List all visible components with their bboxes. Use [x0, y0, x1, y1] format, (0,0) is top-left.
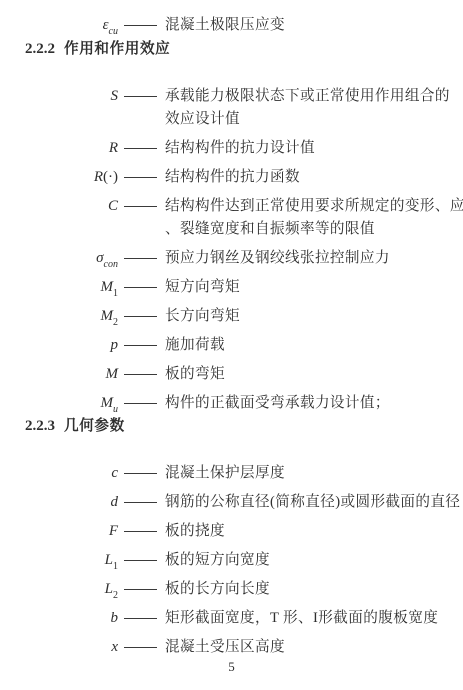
section-title: 作用和作用效应	[64, 41, 170, 57]
definition-line: 结构构件达到正常使用要求所规定的变形、应力	[165, 195, 463, 218]
symbol-main: c	[111, 465, 118, 481]
symbol-subscript: u	[113, 404, 118, 415]
symbol-subscript: con	[104, 259, 118, 270]
symbol-main: R	[94, 169, 103, 185]
symbol-subscript: 1	[113, 561, 118, 572]
symbol-x: x	[0, 636, 118, 659]
definition-line: 板的长方向长度	[165, 578, 270, 601]
symbol-S: S	[0, 85, 118, 108]
symbol-main: F	[109, 523, 118, 539]
symbol-epsilon-cu: εcu	[0, 14, 118, 37]
definition-line: 、裂缝宽度和自振频率等的限值	[165, 218, 463, 241]
symbol-d: d	[0, 491, 118, 514]
symbol-L1: L1	[0, 549, 118, 572]
definition-line: 矩形截面宽度，T 形、I形截面的腹板宽度	[165, 607, 438, 630]
em-dash-separator	[124, 403, 157, 404]
symbol-L2: L2	[0, 578, 118, 601]
definition-text: 施加荷载	[165, 334, 225, 357]
definition-line: 构件的正截面受弯承载力设计值；	[165, 392, 390, 415]
document-page: εcu 混凝土极限压应变 2.2.2作用和作用效应 S 承载能力极限状态下或正常…	[0, 0, 463, 690]
symbol-main: M	[101, 395, 114, 411]
symbol-C: C	[0, 195, 118, 218]
definition-text: 混凝土受压区高度	[165, 636, 285, 659]
symbol-R: R	[0, 137, 118, 160]
definition-line: 预应力钢丝及钢绞线张拉控制应力	[165, 247, 390, 270]
definition-line: 混凝土受压区高度	[165, 636, 285, 659]
definition-line: 效应设计值	[165, 108, 450, 131]
symbol-definition-row: C 结构构件达到正常使用要求所规定的变形、应力 、裂缝宽度和自振频率等的限值	[0, 195, 463, 241]
definition-line: 结构构件的抗力函数	[165, 166, 300, 189]
em-dash-separator	[124, 502, 157, 503]
symbol-definition-row: M1 短方向弯矩	[0, 276, 463, 299]
symbol-main: ε	[103, 17, 109, 33]
symbol-main: C	[108, 198, 118, 214]
symbol-main: L	[105, 552, 113, 568]
symbol-b: b	[0, 607, 118, 630]
em-dash-separator	[124, 96, 157, 97]
em-dash-separator	[124, 25, 157, 26]
em-dash-separator	[124, 206, 157, 207]
page-number: 5	[0, 659, 463, 675]
symbol-definition-row: p 施加荷载	[0, 334, 463, 357]
symbol-definition-row: εcu 混凝土极限压应变	[0, 14, 463, 37]
definition-line: 短方向弯矩	[165, 276, 240, 299]
definition-line: 板的弯矩	[165, 363, 225, 386]
symbol-main: d	[111, 494, 119, 510]
definition-text: 结构构件的抗力函数	[165, 166, 300, 189]
definition-text: 长方向弯矩	[165, 305, 240, 328]
symbol-Mu: Mu	[0, 392, 118, 415]
definition-line: 结构构件的抗力设计值	[165, 137, 315, 160]
symbol-M: M	[0, 363, 118, 386]
definition-line: 混凝土极限压应变	[165, 14, 285, 37]
symbol-suffix: (·)	[103, 169, 118, 185]
definition-text: 矩形截面宽度，T 形、I形截面的腹板宽度	[165, 607, 438, 630]
symbol-definition-row: b 矩形截面宽度，T 形、I形截面的腹板宽度	[0, 607, 463, 630]
symbol-p: p	[0, 334, 118, 357]
definition-text: 结构构件达到正常使用要求所规定的变形、应力 、裂缝宽度和自振频率等的限值	[165, 195, 463, 241]
symbol-definition-row: σcon 预应力钢丝及钢绞线张拉控制应力	[0, 247, 463, 270]
symbol-definition-row: L1 板的短方向宽度	[0, 549, 463, 572]
em-dash-separator	[124, 560, 157, 561]
definition-text: 构件的正截面受弯承载力设计值；	[165, 392, 390, 415]
symbol-subscript: 2	[113, 590, 118, 601]
definition-line: 钢筋的公称直径(简称直径)或圆形截面的直径	[165, 491, 460, 514]
definition-line: 混凝土保护层厚度	[165, 462, 285, 485]
em-dash-separator	[124, 618, 157, 619]
em-dash-separator	[124, 374, 157, 375]
definition-text: 钢筋的公称直径(简称直径)或圆形截面的直径	[165, 491, 460, 514]
symbol-definition-row: S 承载能力极限状态下或正常使用作用组合的 效应设计值	[0, 85, 463, 131]
definition-text: 承载能力极限状态下或正常使用作用组合的 效应设计值	[165, 85, 450, 131]
symbol-definition-row: c 混凝土保护层厚度	[0, 462, 463, 485]
symbol-main: b	[111, 610, 119, 626]
symbol-definition-row: x 混凝土受压区高度	[0, 636, 463, 659]
definition-text: 混凝土保护层厚度	[165, 462, 285, 485]
symbol-F: F	[0, 520, 118, 543]
symbol-R-function: R(·)	[0, 166, 118, 189]
symbol-main: σ	[96, 250, 103, 266]
definition-text: 结构构件的抗力设计值	[165, 137, 315, 160]
symbol-definition-row: R 结构构件的抗力设计值	[0, 137, 463, 160]
symbol-c: c	[0, 462, 118, 485]
definition-line: 长方向弯矩	[165, 305, 240, 328]
symbol-main: M	[101, 308, 114, 324]
em-dash-separator	[124, 287, 157, 288]
definition-line: 施加荷载	[165, 334, 225, 357]
symbol-main: R	[109, 140, 118, 156]
definition-text: 板的短方向宽度	[165, 549, 270, 572]
em-dash-separator	[124, 148, 157, 149]
symbol-subscript: cu	[109, 26, 118, 37]
definition-text: 板的长方向长度	[165, 578, 270, 601]
em-dash-separator	[124, 177, 157, 178]
symbol-definition-row: M 板的弯矩	[0, 363, 463, 386]
symbol-main: x	[111, 639, 118, 655]
definition-line: 承载能力极限状态下或正常使用作用组合的	[165, 85, 450, 108]
symbol-definition-row: M2 长方向弯矩	[0, 305, 463, 328]
symbol-main: S	[111, 88, 119, 104]
symbol-definition-row: d 钢筋的公称直径(简称直径)或圆形截面的直径	[0, 491, 463, 514]
symbol-sigma-con: σcon	[0, 247, 118, 270]
symbol-definition-row: F 板的挠度	[0, 520, 463, 543]
definition-text: 短方向弯矩	[165, 276, 240, 299]
symbol-main: M	[101, 279, 114, 295]
definition-text: 混凝土极限压应变	[165, 14, 285, 37]
em-dash-separator	[124, 647, 157, 648]
em-dash-separator	[124, 316, 157, 317]
symbol-definition-row: Mu 构件的正截面受弯承载力设计值；	[0, 392, 463, 415]
em-dash-separator	[124, 258, 157, 259]
em-dash-separator	[124, 589, 157, 590]
symbol-subscript: 2	[113, 317, 118, 328]
em-dash-separator	[124, 345, 157, 346]
symbol-main: p	[111, 337, 119, 353]
symbol-M2: M2	[0, 305, 118, 328]
em-dash-separator	[124, 531, 157, 532]
symbol-subscript: 1	[113, 288, 118, 299]
em-dash-separator	[124, 473, 157, 474]
definition-line: 板的挠度	[165, 520, 225, 543]
section-heading-2-2-3: 2.2.3几何参数	[25, 415, 463, 438]
definition-text: 预应力钢丝及钢绞线张拉控制应力	[165, 247, 390, 270]
symbol-main: L	[105, 581, 113, 597]
symbol-main: M	[106, 366, 119, 382]
definition-text: 板的弯矩	[165, 363, 225, 386]
symbol-definition-row: R(·) 结构构件的抗力函数	[0, 166, 463, 189]
section-number: 2.2.3	[25, 418, 55, 434]
section-number: 2.2.2	[25, 41, 55, 57]
section-heading-2-2-2: 2.2.2作用和作用效应	[25, 38, 463, 61]
section-title: 几何参数	[64, 418, 125, 434]
definition-text: 板的挠度	[165, 520, 225, 543]
symbol-M1: M1	[0, 276, 118, 299]
definition-line: 板的短方向宽度	[165, 549, 270, 572]
symbol-definition-row: L2 板的长方向长度	[0, 578, 463, 601]
